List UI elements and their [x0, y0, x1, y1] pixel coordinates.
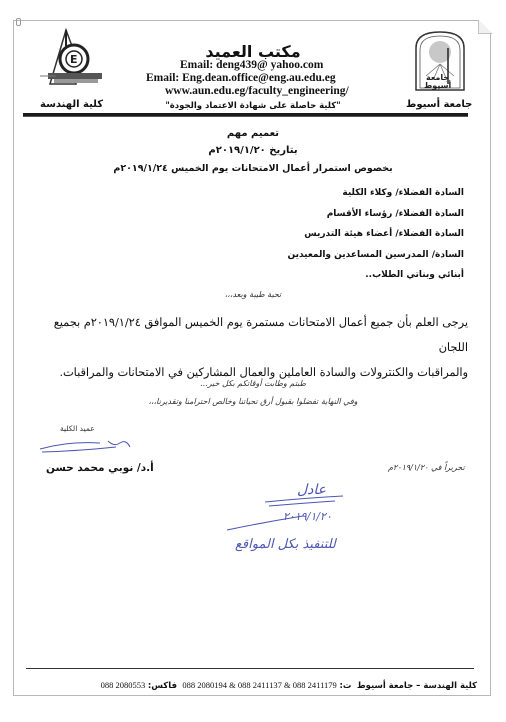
footer-contact: كلية الهندسة – جامعة أسيوط ت: 088 208019… — [27, 680, 477, 691]
phone-numbers: 088 2080194 & 088 2411137 & 088 2411179 — [182, 680, 336, 690]
recipient-item: السادة الفضلاء/ وكلاء الكلية — [287, 183, 464, 204]
body-line-1: يرجى العلم بأن جميع أعمال الامتحانات مست… — [23, 310, 468, 360]
recipients-list: السادة الفضلاء/ وكلاء الكلية السادة الفض… — [287, 183, 464, 286]
main-paragraph: يرجى العلم بأن جميع أعمال الامتحانات مست… — [23, 310, 468, 385]
page-fold-corner — [478, 20, 492, 34]
handwritten-line: عادل — [297, 482, 326, 498]
memo-about: بخصوص استمرار أعمال الامتحانات يوم الخمي… — [0, 163, 506, 174]
email-yahoo: Email: deng439@ yahoo.com — [180, 59, 323, 71]
dean-name: أ.د/ نوبي محمد حسن — [46, 462, 154, 474]
closing-regards: وفي النهاية تفضلوا بقبول أرق تحياتنا وخا… — [0, 397, 506, 406]
recipient-item: السادة/ المدرسين المساعدين والمعيدين — [287, 245, 464, 266]
memo-date: بتاريخ ٢٠١٩/١/٢٠م — [0, 145, 506, 156]
staple-mark — [16, 18, 21, 26]
fax-number: 088 2080553 — [101, 680, 146, 690]
recipient-item: السادة الفضلاء/ رؤساء الأقسام — [287, 204, 464, 225]
handwritten-line: ٢٠١٩/١/٢٠ — [283, 510, 332, 523]
closing-wish: طبتم وطابت أوقاتكم بكل خير... — [0, 379, 506, 388]
memo-subject: تعميم مهم — [0, 128, 506, 139]
website-url: www.aun.edu.eg/faculty_engineering/ — [165, 85, 349, 97]
svg-text:أسيوط: أسيوط — [424, 80, 451, 90]
dean-signature-icon — [38, 437, 138, 457]
handwritten-line: للتنفيذ بكل المواقع — [235, 537, 338, 552]
accreditation-note: "كلية حاصلة على شهادة الاعتماد والجودة" — [0, 101, 506, 111]
fax-label: فاكس: — [148, 681, 177, 691]
email-office: Email: Eng.dean.office@eng.au.edu.eg — [146, 72, 336, 84]
recipient-item: أبنائي وبناتي الطلاب.. — [287, 265, 464, 286]
greeting: تحية طيبة وبعد،،، — [0, 290, 506, 299]
written-date: تحريراً في ٢٠١٩/١/٢٠م — [388, 463, 465, 472]
header-divider — [23, 113, 468, 117]
dean-title: عميد الكلية — [60, 424, 95, 433]
handwritten-annotation-icon: عادل ٢٠١٩/١/٢٠ للتنفيذ بكل المواقع — [225, 476, 425, 566]
recipient-item: السادة الفضلاء/ أعضاء هيئة التدريس — [287, 224, 464, 245]
footer-institution: كلية الهندسة – جامعة أسيوط — [357, 681, 477, 691]
footer-divider — [26, 668, 474, 669]
assiut-university-logo-icon: جامعة أسيوط — [412, 30, 468, 92]
phone-label: ت: — [339, 681, 351, 691]
